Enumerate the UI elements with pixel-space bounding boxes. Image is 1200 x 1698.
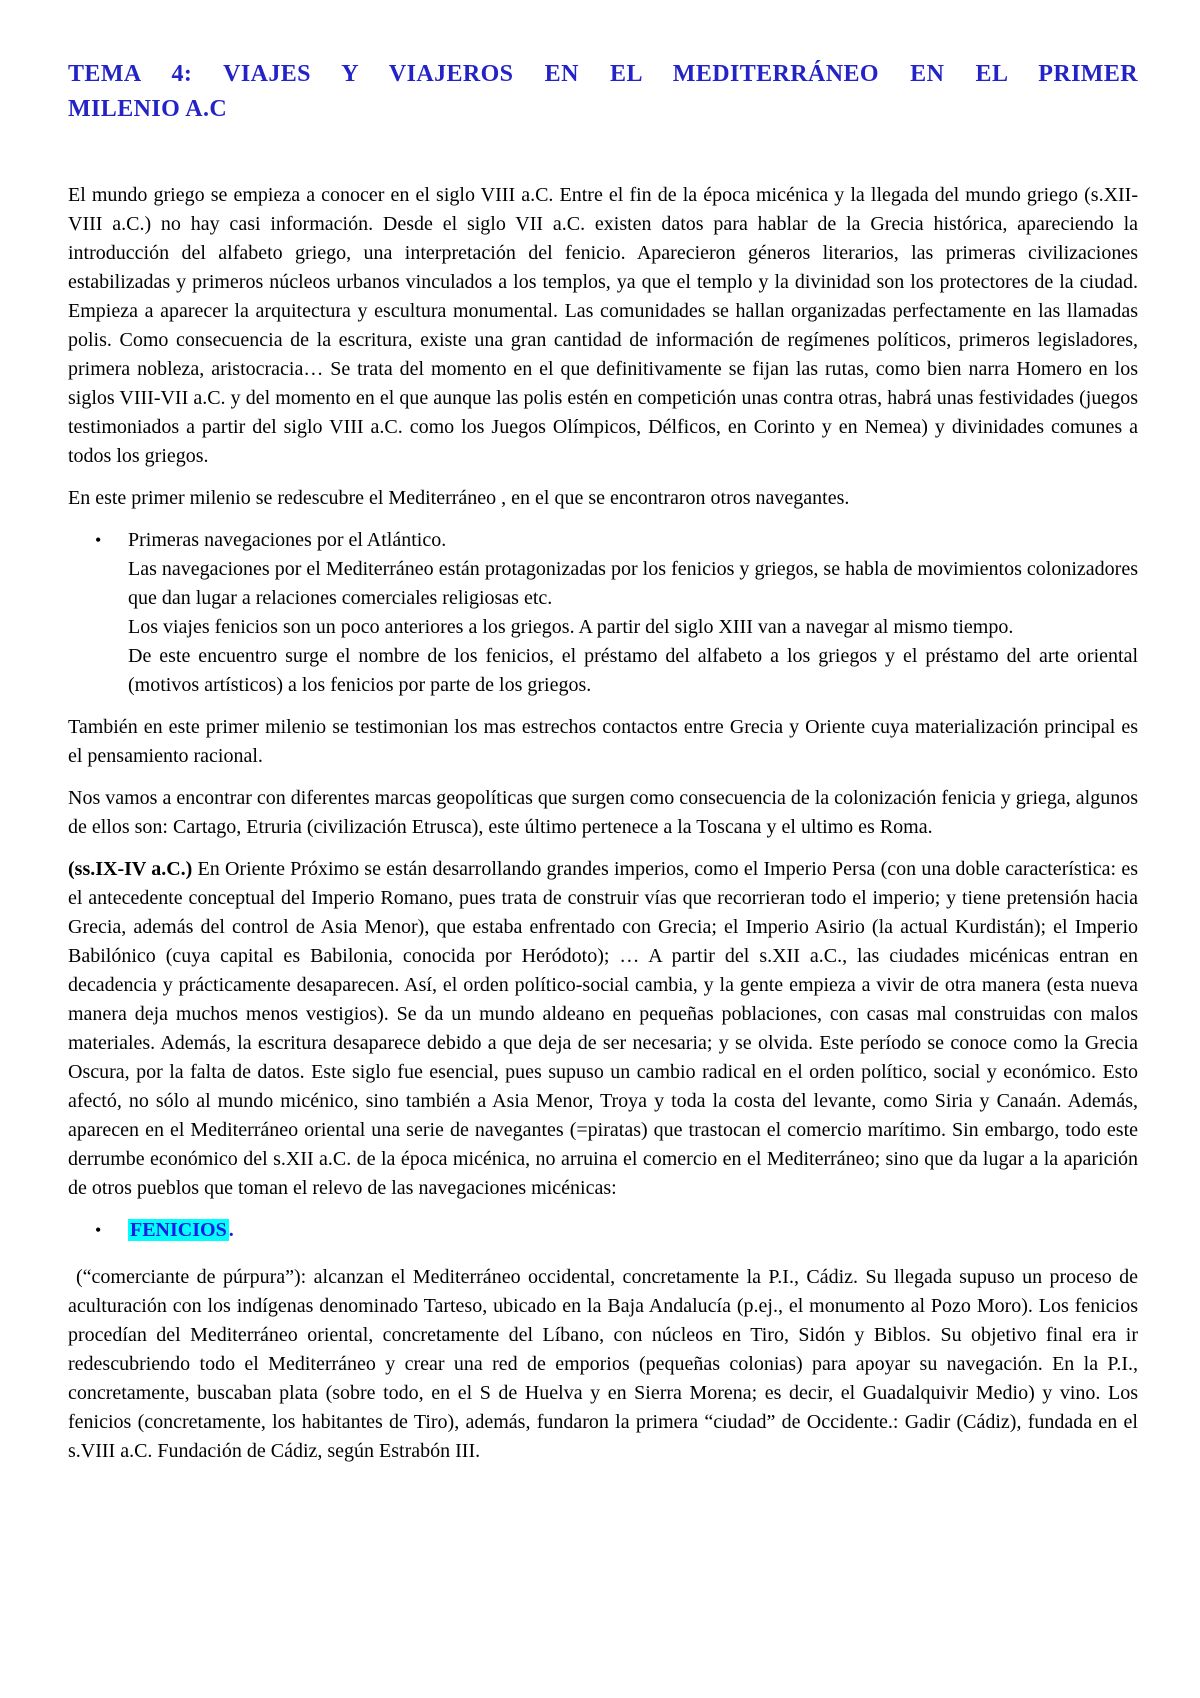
fenicios-heading: FENICIOS. — [128, 1216, 1138, 1245]
paragraph-fenicios-detalle: (“comerciante de púrpura”): alcanzan el … — [68, 1263, 1138, 1466]
paragraph-mundo-griego: El mundo griego se empieza a conocer en … — [68, 181, 1138, 471]
bullet-line-mediterraneo: Las navegaciones por el Mediterráneo est… — [128, 555, 1138, 613]
paragraph-primer-milenio: En este primer milenio se redescubre el … — [68, 484, 1138, 513]
document-page: TEMA 4: VIAJES Y VIAJEROS EN EL MEDITERR… — [0, 0, 1200, 1698]
bullet-line-viajes-fenicios: Los viajes fenicios son un poco anterior… — [128, 613, 1138, 642]
page-title: TEMA 4: VIAJES Y VIAJEROS EN EL MEDITERR… — [68, 57, 1138, 127]
paragraph-marcas-geopoliticas: Nos vamos a encontrar con diferentes mar… — [68, 784, 1138, 842]
fenicios-suffix: . — [229, 1219, 234, 1241]
bullet-line-atlantico: Primeras navegaciones por el Atlántico. — [128, 526, 1138, 555]
bullet-line-encuentro: De este encuentro surge el nombre de los… — [128, 642, 1138, 700]
bullet-item-navegaciones: • Primeras navegaciones por el Atlántico… — [68, 526, 1138, 700]
bold-lead-siglos: (ss.IX-IV a.C.) — [68, 858, 192, 880]
bullet-icon: • — [95, 526, 115, 555]
page-title-line-1: TEMA 4: VIAJES Y VIAJEROS EN EL MEDITERR… — [68, 57, 1138, 92]
page-title-line-2: MILENIO A.C — [68, 92, 1138, 127]
bullet-icon: • — [95, 1216, 115, 1245]
paragraph-imperios-text: En Oriente Próximo se están desarrolland… — [68, 858, 1138, 1199]
bullet-item-fenicios: • FENICIOS. — [68, 1216, 1138, 1245]
paragraph-contactos-grecia-oriente: También en este primer milenio se testim… — [68, 713, 1138, 771]
fenicios-highlighted-text: FENICIOS — [128, 1219, 229, 1241]
paragraph-imperios-oriente: (ss.IX-IV a.C.) En Oriente Próximo se es… — [68, 855, 1138, 1203]
